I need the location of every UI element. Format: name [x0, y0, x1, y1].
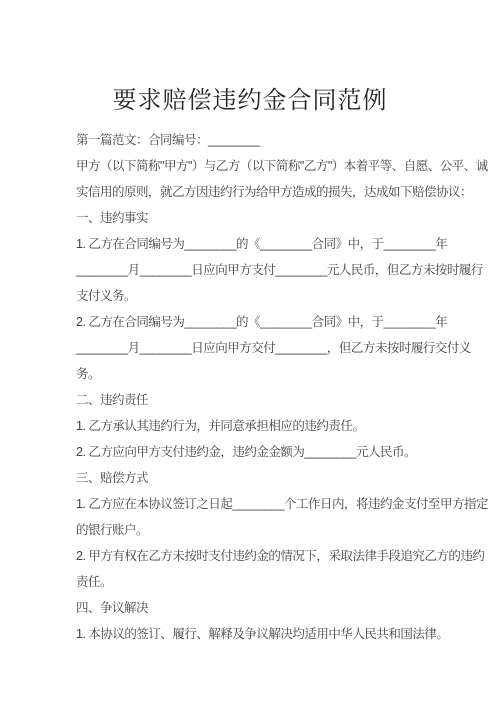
section-heading-3: 三、赔偿方式	[76, 465, 436, 491]
document-line: ________月________日应向甲方交付________，但乙方未按时履…	[76, 335, 436, 361]
document-line-intro: 第一篇范文：合同编号：________	[76, 127, 436, 153]
document-line: 2. 甲方有权在乙方未按时支付违约金的情况下，采取法律手段追究乙方的违约	[76, 543, 436, 569]
document-line: 1. 乙方承认其违约行为，并同意承担相应的违约责任。	[76, 413, 436, 439]
document-line: 2. 乙方应向甲方支付违约金，违约金金额为________元人民币。	[76, 439, 436, 465]
contract-document-page: 要求赔偿违约金合同范例 第一篇范文：合同编号：________ 甲方（以下简称"…	[0, 0, 500, 707]
section-heading-4: 四、争议解决	[76, 595, 436, 621]
section-heading-1: 一、违约事实	[76, 205, 436, 231]
document-line-preamble-2: 实信用的原则，就乙方因违约行为给甲方造成的损失，达成如下赔偿协议：	[76, 179, 436, 205]
document-line-preamble-1: 甲方（以下简称"甲方"）与乙方（以下简称"乙方"）本着平等、自愿、公平、诚	[76, 153, 436, 179]
section-heading-2: 二、违约责任	[76, 387, 436, 413]
document-body: 第一篇范文：合同编号：________ 甲方（以下简称"甲方"）与乙方（以下简称…	[76, 127, 436, 647]
document-line: 1. 乙方在合同编号为________的《________合同》中，于_____…	[76, 231, 436, 257]
document-line: 的银行账户。	[76, 517, 436, 543]
document-title: 要求赔偿违约金合同范例	[0, 80, 500, 115]
document-line: 2. 乙方在合同编号为________的《________合同》中，于_____…	[76, 309, 436, 335]
document-line: 1. 乙方应在本协议签订之日起________个工作日内，将违约金支付至甲方指定	[76, 491, 436, 517]
document-line: 务。	[76, 361, 436, 387]
document-line: ________月________日应向甲方支付________元人民币，但乙方…	[76, 257, 436, 283]
document-line: 支付义务。	[76, 283, 436, 309]
document-line: 责任。	[76, 569, 436, 595]
document-line: 1. 本协议的签订、履行、解释及争议解决均适用中华人民共和国法律。	[76, 621, 436, 647]
